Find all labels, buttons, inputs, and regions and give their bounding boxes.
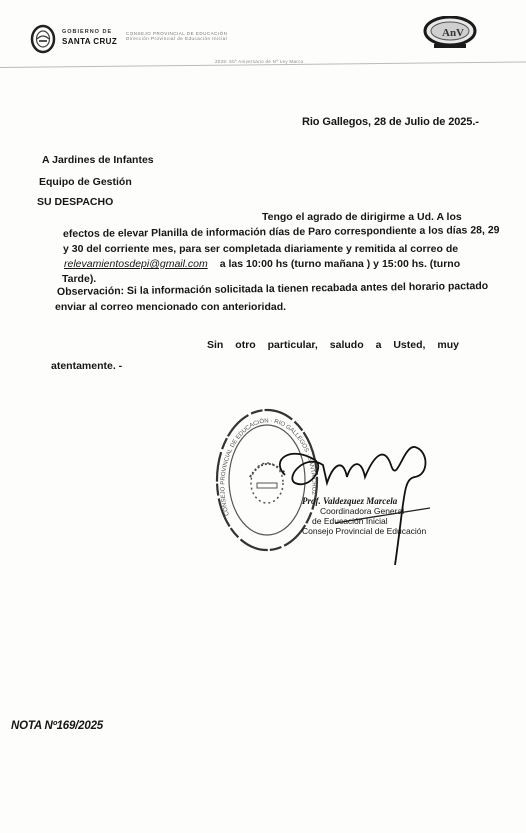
body-text: Tengo el agrado de dirigirme a Ud. A los (262, 211, 462, 223)
closing-end: atentamente. - (51, 360, 122, 372)
body-text: y 30 del corriente mes, para ser complet… (63, 243, 458, 255)
signatory-organization: Consejo Provincial de Educación (302, 526, 426, 536)
santa-cruz-coat-of-arms-icon (30, 24, 56, 54)
education-institution-logo-icon: AnV (422, 16, 478, 50)
svg-text:AnV: AnV (442, 27, 464, 39)
council-name: CONSEJO PROVINCIAL DE EDUCACIÓN Direcció… (126, 31, 227, 41)
recipient-line: A Jardines de Infantes (42, 154, 154, 166)
letter-date: Rio Gallegos, 28 de Julio de 2025.- (302, 116, 479, 128)
body-text: efectos de elevar Planilla de informació… (63, 224, 500, 240)
email-link[interactable]: relevamientosdepi@gmail.com (64, 258, 208, 270)
signatory-title: Coordinadora General (302, 506, 426, 516)
signatory-title: de Educación Inicial (302, 516, 426, 526)
recipient-line: SU DESPACHO (37, 196, 113, 208)
note-number: NOTA Nº169/2025 (11, 720, 103, 732)
signature-block: Prof. Valdezquez Marcela Coordinadora Ge… (302, 496, 426, 536)
letter-page: GOBIERNO DE SANTA CRUZ CONSEJO PROVINCIA… (0, 0, 526, 833)
closing-line: Sin otro particular, saludo a Usted, muy (207, 339, 459, 351)
body-text: Tarde). (62, 273, 96, 285)
recipient-line: Equipo de Gestión (39, 176, 132, 188)
letterhead: GOBIERNO DE SANTA CRUZ CONSEJO PROVINCIA… (0, 0, 526, 72)
signatory-name: Prof. Valdezquez Marcela (302, 496, 426, 506)
observation-text: Observación: Si la información solicitad… (57, 280, 488, 298)
official-seal-and-signature: CONSEJO PROVINCIAL DE EDUCACIÓN · RIO GA… (215, 405, 465, 565)
body-text-email-line: relevamientosdepi@gmail.com a las 10:00 … (64, 258, 460, 270)
observation-text: enviar al correo mencionado con anterior… (55, 301, 286, 313)
government-name: GOBIERNO DE SANTA CRUZ (62, 28, 117, 46)
